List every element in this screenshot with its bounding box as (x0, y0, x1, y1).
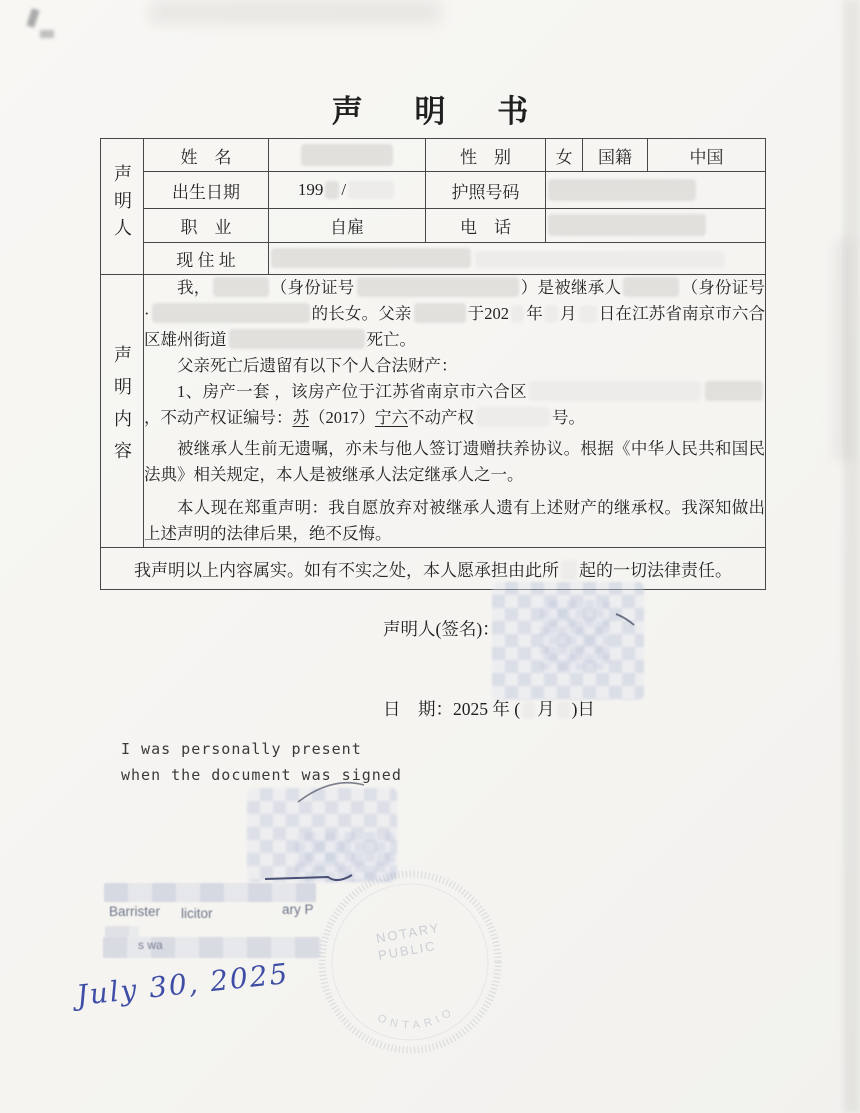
oath-statement-cell: 我声明以上内容属实。如有不实之处，本人愿承担由此所起的一切法律责任。 (101, 548, 766, 590)
text-fragment: )日 (572, 699, 595, 719)
text-fragment: 199 (298, 180, 324, 199)
text-fragment: 年 (526, 304, 543, 323)
text-fragment: 宁六 (375, 408, 408, 427)
redaction-blob (476, 407, 550, 427)
address-label-cell: 现 住 址 (144, 243, 269, 275)
redaction-blob (511, 305, 524, 323)
redaction-blob (579, 305, 597, 323)
declaration-table: 声明人 姓 名 性 别 女 国籍 中国 出生日期 199/ 护照号码 职 业 自… (100, 138, 766, 590)
declarant-section-label: 声明人 (109, 164, 135, 245)
redaction-blob (548, 214, 706, 236)
redaction-blob (229, 329, 365, 349)
declaration-paragraph: 本人现在郑重声明：我自愿放弃对被继承人遗有上述财产的继承权。我深知做出上述声明的… (144, 495, 765, 547)
scan-smudge (150, 0, 440, 24)
text-fragment: 我声明以上内容属实。如有不实之处，本人愿承担由此所 (134, 561, 559, 580)
text-fragment: / (341, 180, 346, 199)
redacted-notary-signature-mosaic (295, 832, 395, 882)
barrister-text-fragment: Barrister (109, 904, 160, 919)
text-fragment: 本人现在郑重声明：我自愿放弃对被继承人遗有上述财产的继承权。我深知做出上述声明的… (144, 498, 765, 543)
redaction-blob (705, 381, 763, 401)
text-fragment: 1、房产一套 ，该房产位于江苏省南京市六合区 (177, 382, 527, 401)
text-fragment: ）是被继承人 (521, 278, 622, 297)
gender-value-cell: 女 (546, 139, 583, 172)
text-fragment: 起的一切法律责任。 (579, 561, 732, 580)
svg-text:ONTARIO: ONTARIO (376, 1004, 458, 1031)
name-label-cell: 姓 名 (144, 139, 269, 172)
scanned-declaration-page: 声 明 书 声明人 姓 名 性 别 女 国籍 中国 出生日期 199/ 护照号码… (0, 0, 860, 1113)
gender-label-cell: 性 别 (426, 139, 546, 172)
declarant-section-label-cell: 声明人 (101, 139, 144, 275)
redaction-blob (623, 277, 679, 297)
dob-label-cell: 出生日期 (144, 172, 269, 209)
declaration-paragraph: 父亲死亡后遗留有以下个人合法财产： (144, 353, 765, 379)
redaction-blob (152, 303, 310, 323)
text-fragment: 苏 (293, 408, 310, 427)
text-fragment: 号。 (552, 408, 585, 427)
attestation-text: I was personally present when the docume… (121, 736, 402, 788)
text-fragment: 死亡。 (367, 330, 417, 349)
text-fragment: 月 (560, 304, 577, 323)
scan-smudge (26, 8, 39, 28)
text-fragment: 月 (537, 699, 555, 719)
redaction-blob (325, 181, 339, 199)
redacted-fragment-band (105, 926, 139, 937)
nationality-value-cell: 中国 (648, 139, 766, 172)
name-value-cell (269, 139, 426, 172)
declaration-paragraph: 我，（身份证号）是被继承人（身份证号·的长女。父亲于202年月日在江苏省南京市六… (144, 275, 765, 353)
text-fragment: （2017） (309, 408, 375, 427)
text-fragment: 的长女。父亲 (312, 304, 412, 323)
stamp-arc-text: ONTARIO (376, 1004, 458, 1031)
redacted-address-band (103, 937, 321, 958)
redaction-blob (545, 305, 558, 323)
redaction-blob (414, 303, 466, 323)
notary-stamp: NOTARY PUBLIC ONTARIO (305, 857, 515, 1067)
redaction-blob (348, 181, 394, 199)
passport-value-cell (546, 172, 766, 209)
notary-text-fragment: ary P (282, 902, 314, 917)
attestation-line-1: I was personally present (121, 736, 402, 762)
redaction-blob (301, 144, 393, 166)
redacted-name-band (104, 883, 316, 902)
text-fragment: ，不动产权证编号： (144, 408, 293, 427)
declaration-paragraph: 被继承人生前无遗嘱，亦未与他人签订遗赠扶养协议。根据《中华人民共和国民法典》相关… (144, 436, 765, 488)
text-fragment: 不动产权 (408, 408, 474, 427)
address-value-cell (269, 243, 766, 275)
text-fragment: 父亲死亡后遗留有以下个人合法财产： (177, 356, 458, 375)
redaction-blob (357, 277, 519, 297)
phone-value-cell (546, 209, 766, 243)
redaction-blob (561, 560, 577, 580)
address-text-fragment: s wa (138, 938, 163, 952)
dob-value-cell: 199/ (269, 172, 426, 209)
passport-label-cell: 护照号码 (426, 172, 546, 209)
nationality-label-cell: 国籍 (583, 139, 648, 172)
redaction-blob (522, 702, 535, 719)
redaction-blob (548, 179, 696, 201)
scan-smudge (832, 240, 854, 460)
declarant-signature-label: 声明人(签名)： (383, 616, 500, 641)
text-fragment: 于202 (468, 304, 510, 323)
document-title: 声 明 书 (0, 86, 860, 131)
stamp-center-line-2: PUBLIC (377, 938, 438, 963)
content-section-label-cell: 声明内容 (101, 275, 144, 548)
text-fragment: （身份证号 (271, 278, 355, 297)
text-fragment: 我， (177, 278, 211, 297)
content-section-label: 声明内容 (109, 345, 135, 473)
phone-label-cell: 电 话 (426, 209, 546, 243)
date-line: 日 期：2025 年 (月)日 (383, 696, 595, 721)
occupation-label-cell: 职 业 (144, 209, 269, 243)
redaction-blob (529, 381, 701, 401)
attestation-line-2: when the document was signed (121, 762, 402, 788)
redaction-blob (271, 248, 471, 268)
declaration-content-cell: 我，（身份证号）是被继承人（身份证号·的长女。父亲于202年月日在江苏省南京市六… (144, 275, 766, 548)
solicitor-text-fragment: licitor (181, 906, 213, 921)
stamp-center-line-1: NOTARY (375, 920, 442, 946)
scan-smudge (843, 0, 860, 1113)
declaration-paragraph: 1、房产一套 ，该房产位于江苏省南京市六合区，不动产权证编号：苏（2017）宁六… (144, 379, 765, 431)
redaction-blob (557, 702, 570, 719)
text-fragment: 被继承人生前无遗嘱，亦未与他人签订遗赠扶养协议。根据《中华人民共和国民法典》相关… (144, 439, 765, 484)
scan-smudge (40, 30, 54, 38)
occupation-value-cell: 自雇 (269, 209, 426, 243)
redaction-blob (213, 277, 269, 297)
text-fragment: 日 期：2025 年 ( (383, 699, 520, 719)
redacted-signature-mosaic (540, 600, 610, 670)
handwritten-date: July 30, 2025 (75, 957, 291, 1012)
redaction-blob (475, 251, 725, 268)
